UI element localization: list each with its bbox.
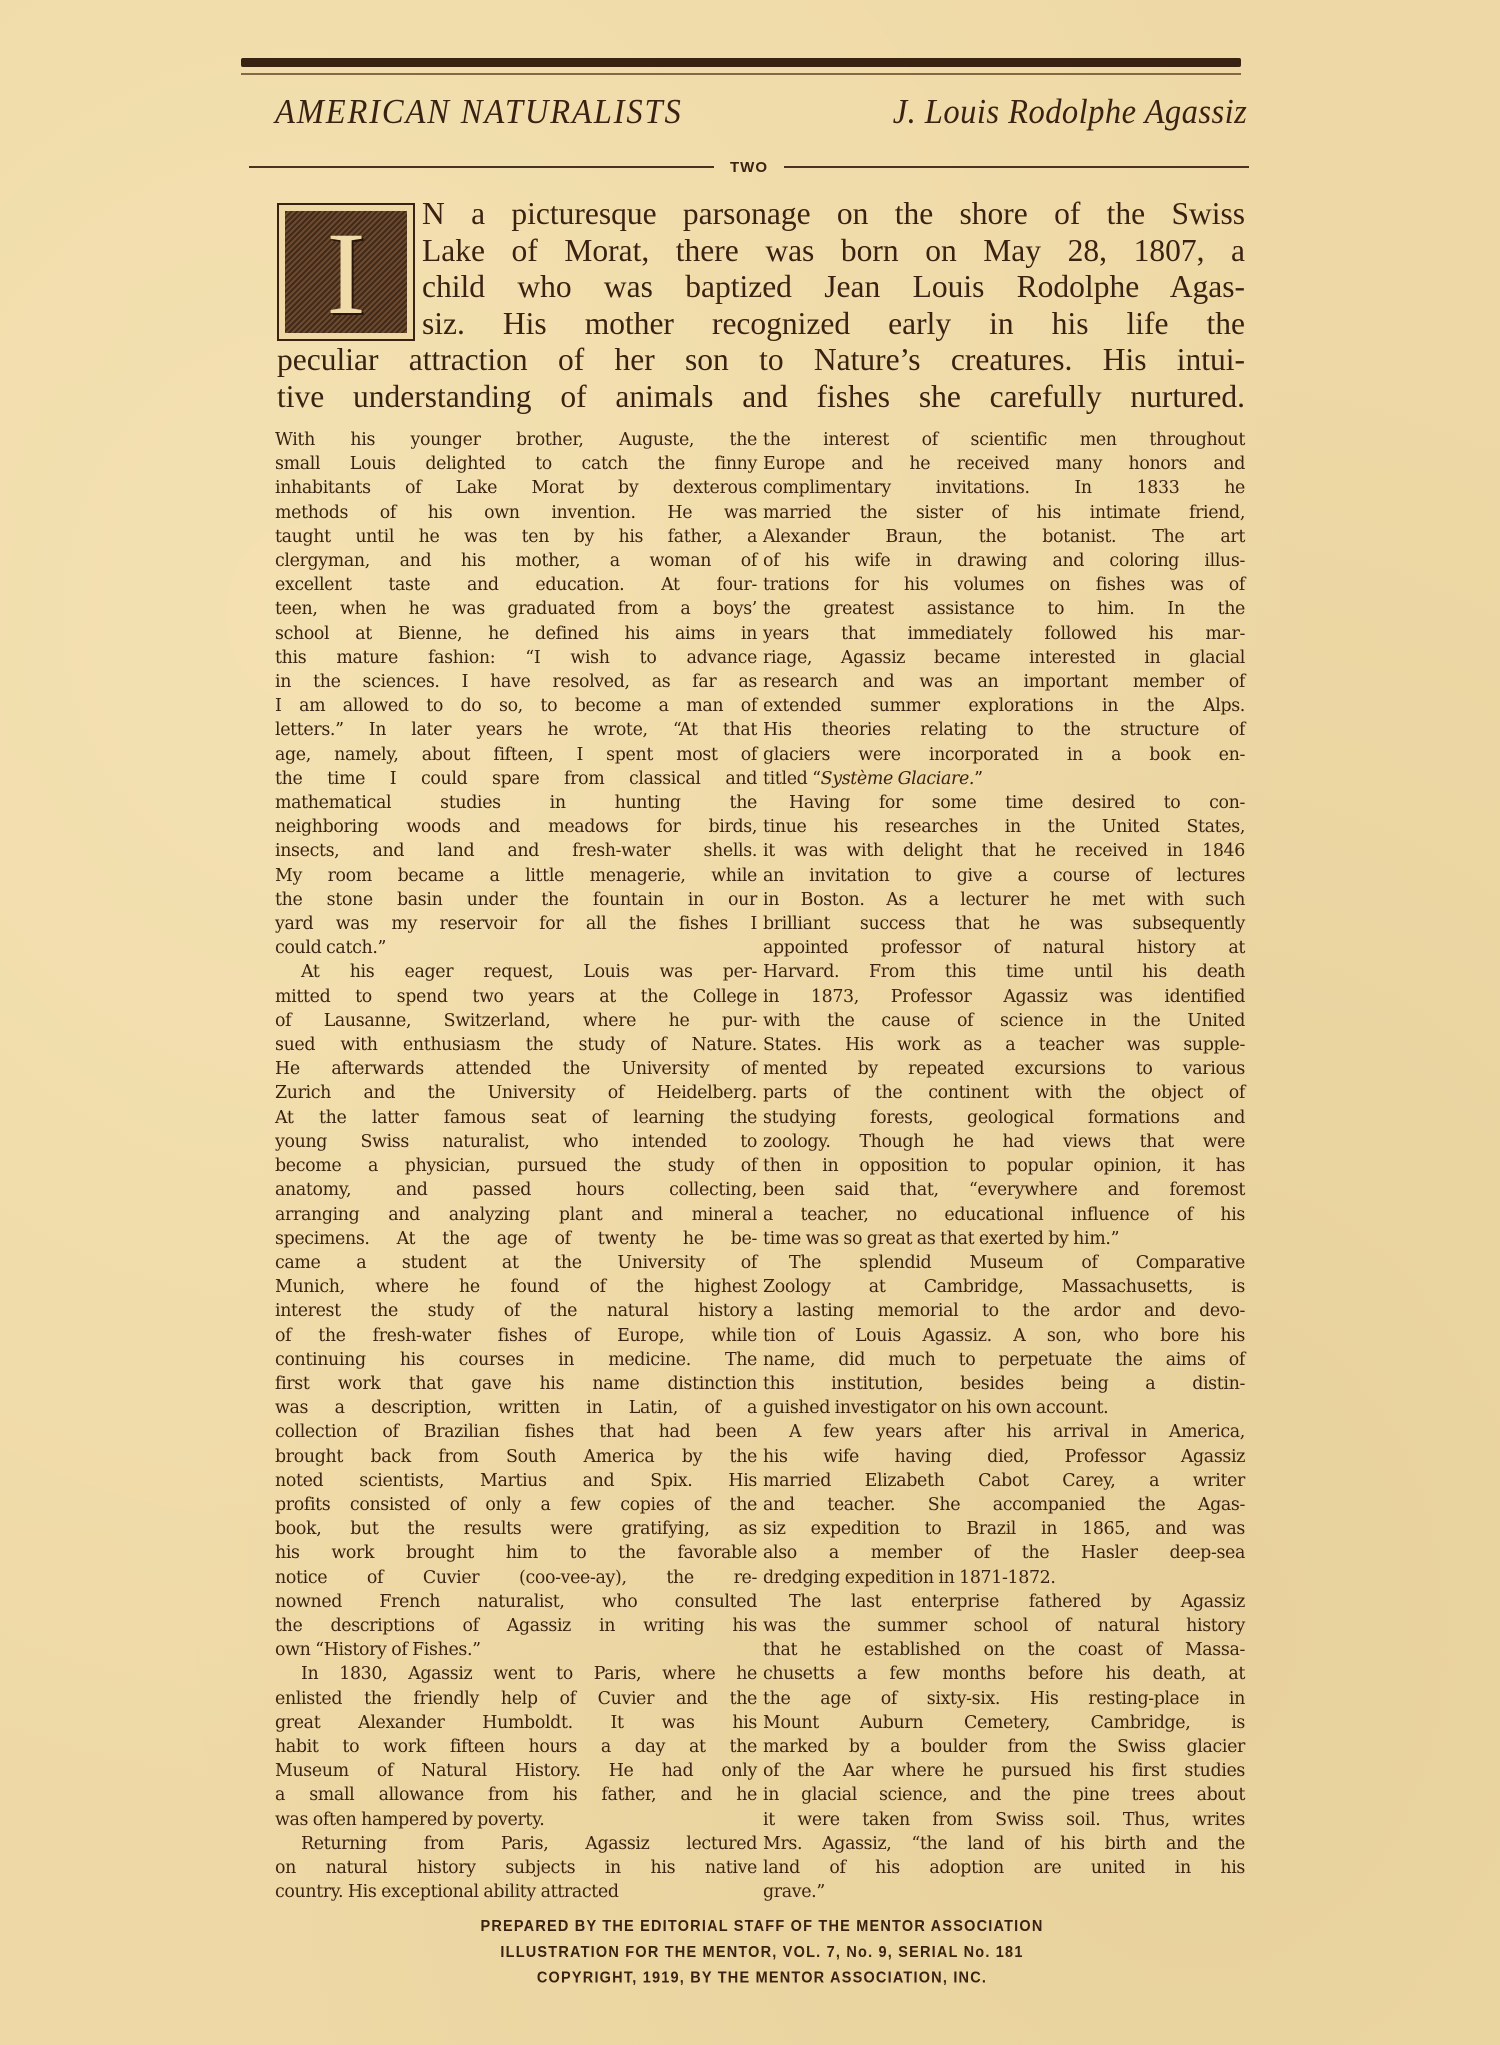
text-line: an invitation to give a course of lectur… (763, 864, 1245, 888)
text-line: brilliant success that he was subsequent… (763, 912, 1245, 936)
text-line: and teacher. She accompanied the Agas- (763, 1493, 1245, 1517)
text-line: grave.” (763, 1880, 1245, 1904)
book-title: Système Glaciare. (821, 769, 974, 789)
text-line: also a member of the Hasler deep-sea (763, 1541, 1245, 1565)
text-line: land of his adoption are united in his (763, 1856, 1245, 1880)
text-line: nowned French naturalist, who consulted (275, 1590, 757, 1614)
text-line: trations for his volumes on fishes was o… (763, 573, 1245, 597)
text-line: of Lausanne, Switzerland, where he pur- (275, 1009, 757, 1033)
text-line: insects, and land and fresh-water shells… (275, 839, 757, 863)
text-line: glaciers were incorporated in a book en- (763, 743, 1245, 767)
text-line: first work that gave his name distinctio… (275, 1372, 757, 1396)
text-line: name, did much to perpetuate the aims of (763, 1348, 1245, 1372)
text-line: At the latter famous seat of learning th… (275, 1106, 757, 1130)
text-line: great Alexander Humboldt. It was his (275, 1711, 757, 1735)
text-line: his wife having died, Professor Agassiz (763, 1445, 1245, 1469)
text-line: small Louis delighted to catch the finny (275, 452, 757, 476)
text-line: Mrs. Agassiz, “the land of his birth and… (763, 1832, 1245, 1856)
text-line: riage, Agassiz became interested in glac… (763, 646, 1245, 670)
text-line: book, but the results were gratifying, a… (275, 1517, 757, 1541)
text-line: in 1873, Professor Agassiz was identifie… (763, 985, 1245, 1009)
text-line: yard was my reservoir for all the fishes… (275, 912, 757, 936)
text-line: Europe and he received many honors and (763, 452, 1245, 476)
text-line: the descriptions of Agassiz in writing h… (275, 1614, 757, 1638)
text-line: continuing his courses in medicine. The (275, 1348, 757, 1372)
footer-illustration-ref: ILLUSTRATION FOR THE MENTOR, VOL. 7, No.… (277, 1940, 1247, 1966)
text-line: teen, when he was graduated from a boys’ (275, 597, 757, 621)
text-line: Returning from Paris, Agassiz lectured (275, 1832, 757, 1856)
intro-paragraph: N a picturesque parsonage on the shore o… (277, 196, 1245, 415)
footer-prepared-by: PREPARED BY THE EDITORIAL STAFF OF THE M… (277, 1914, 1247, 1940)
text-line: tinue his researches in the United State… (763, 815, 1245, 839)
text-line: in Boston. As a lecturer he met with suc… (763, 888, 1245, 912)
text-line: interest the study of the natural histor… (275, 1299, 757, 1323)
text-line: clergyman, and his mother, a woman of (275, 549, 757, 573)
text-line: collection of Brazilian fishes that had … (275, 1420, 757, 1444)
text-line: sued with enthusiasm the study of Nature… (275, 1033, 757, 1057)
text-line: the time I could spare from classical an… (275, 767, 757, 791)
text-line: age, namely, about fifteen, I spent most… (275, 743, 757, 767)
text-line: that he established on the coast of Mass… (763, 1638, 1245, 1662)
text-line: was often hampered by poverty. (275, 1808, 757, 1832)
text-line: complimentary invitations. In 1833 he (763, 476, 1245, 500)
text-line: the age of sixty-six. His resting-place … (763, 1687, 1245, 1711)
text-line: of his wife in drawing and coloring illu… (763, 549, 1245, 573)
text-line: He afterwards attended the University of (275, 1057, 757, 1081)
footer-credits: PREPARED BY THE EDITORIAL STAFF OF THE M… (277, 1914, 1247, 1991)
text-line: Mount Auburn Cemetery, Cambridge, is (763, 1711, 1245, 1735)
text-line: studying forests, geological formations … (763, 1106, 1245, 1130)
text-line: titled “Système Glaciare.” (763, 767, 1245, 791)
text-line: extended summer explorations in the Alps… (763, 694, 1245, 718)
intro-line: child who was baptized Jean Louis Rodolp… (277, 269, 1245, 306)
text-line: country. His exceptional ability attract… (275, 1880, 757, 1904)
body-columns: With his younger brother, Auguste, thesm… (275, 428, 1245, 1904)
text-line: a lasting memorial to the ardor and devo… (763, 1299, 1245, 1323)
text-line: of the fresh-water fishes of Europe, whi… (275, 1324, 757, 1348)
text-line: in the sciences. I have resolved, as far… (275, 670, 757, 694)
text-line: Zoology at Cambridge, Massachusetts, is (763, 1275, 1245, 1299)
text-line: years that immediately followed his mar- (763, 622, 1245, 646)
text-line: in glacial science, and the pine trees a… (763, 1783, 1245, 1807)
text-line: with the cause of science in the United (763, 1009, 1245, 1033)
text-line: neighboring woods and meadows for birds, (275, 815, 757, 839)
right-column: the interest of scientific men throughou… (763, 428, 1245, 1904)
text-line: profits consisted of only a few copies o… (275, 1493, 757, 1517)
text-line: enlisted the friendly help of Cuvier and… (275, 1687, 757, 1711)
intro-line: tive understanding of animals and fishes… (277, 379, 1245, 416)
text-line: on natural history subjects in his nativ… (275, 1856, 757, 1880)
text-line: inhabitants of Lake Morat by dexterous (275, 476, 757, 500)
text-line: young Swiss naturalist, who intended to (275, 1130, 757, 1154)
text-line: notice of Cuvier (coo-vee-ay), the re- (275, 1566, 757, 1590)
text-line: zoology. Though he had views that were (763, 1130, 1245, 1154)
text-fragment: titled “ (763, 769, 821, 789)
text-line: married Elizabeth Cabot Carey, a writer (763, 1469, 1245, 1493)
text-line: chusetts a few months before his death, … (763, 1662, 1245, 1686)
text-line: States. His work as a teacher was supple… (763, 1033, 1245, 1057)
text-line: came a student at the University of (275, 1251, 757, 1275)
text-line: arranging and analyzing plant and minera… (275, 1203, 757, 1227)
text-line: brought back from South America by the (275, 1445, 757, 1469)
divider-line-left (249, 166, 714, 168)
text-line: school at Bienne, he defined his aims in (275, 622, 757, 646)
left-column: With his younger brother, Auguste, thesm… (275, 428, 757, 1904)
divider-line-right (784, 166, 1249, 168)
text-line: a teacher, no educational influence of h… (763, 1203, 1245, 1227)
text-line: it were taken from Swiss soil. Thus, wri… (763, 1808, 1245, 1832)
text-line: was the summer school of natural history (763, 1614, 1245, 1638)
text-line: guished investigator on his own account. (763, 1396, 1245, 1420)
text-line: Munich, where he found of the highest (275, 1275, 757, 1299)
text-line: then in opposition to popular opinion, i… (763, 1154, 1245, 1178)
text-line: mitted to spend two years at the College (275, 985, 757, 1009)
text-line: Having for some time desired to con- (763, 791, 1245, 815)
thin-top-rule (241, 73, 1241, 75)
text-line: marked by a boulder from the Swiss glaci… (763, 1735, 1245, 1759)
text-line: anatomy, and passed hours collecting, (275, 1178, 757, 1202)
text-line: a small allowance from his father, and h… (275, 1783, 757, 1807)
text-line: A few years after his arrival in America… (763, 1420, 1245, 1444)
text-line: the interest of scientific men throughou… (763, 428, 1245, 452)
text-line: of the Aar where he pursued his first st… (763, 1759, 1245, 1783)
text-line: habit to work fifteen hours a day at the (275, 1735, 757, 1759)
page-header: AMERICAN NATURALISTS J. Louis Rodolphe A… (275, 92, 1245, 146)
text-line: Harvard. From this time until his death (763, 960, 1245, 984)
text-line: My room became a little menagerie, while (275, 864, 757, 888)
text-line: At his eager request, Louis was per- (275, 960, 757, 984)
text-line: research and was an important member of (763, 670, 1245, 694)
text-line: Zurich and the University of Heidelberg. (275, 1081, 757, 1105)
text-line: mented by repeated excursions to various (763, 1057, 1245, 1081)
intro-line: N a picturesque parsonage on the shore o… (277, 196, 1245, 233)
text-line: this mature fashion: “I wish to advance (275, 646, 757, 670)
text-line: could catch.” (275, 936, 757, 960)
text-line: mathematical studies in hunting the (275, 791, 757, 815)
text-line: letters.” In later years he wrote, “At t… (275, 718, 757, 742)
heavy-top-rule (241, 58, 1241, 67)
text-line: methods of his own invention. He was (275, 501, 757, 525)
text-line: siz expedition to Brazil in 1865, and wa… (763, 1517, 1245, 1541)
text-line: taught until he was ten by his father, a (275, 525, 757, 549)
text-line: this institution, besides being a distin… (763, 1372, 1245, 1396)
text-line: With his younger brother, Auguste, the (275, 428, 757, 452)
section-label: TWO (714, 159, 784, 176)
text-line: become a physician, pursued the study of (275, 1154, 757, 1178)
text-line: dredging expedition in 1871-1872. (763, 1566, 1245, 1590)
text-line: Museum of Natural History. He had only (275, 1759, 757, 1783)
text-line: Alexander Braun, the botanist. The art (763, 525, 1245, 549)
text-line: tion of Louis Agassiz. A son, who bore h… (763, 1324, 1245, 1348)
series-title: AMERICAN NATURALISTS (275, 92, 683, 132)
intro-line: Lake of Morat, there was born on May 28,… (277, 233, 1245, 270)
text-line: the greatest assistance to him. In the (763, 597, 1245, 621)
text-line: time was so great as that exerted by him… (763, 1227, 1245, 1251)
text-line: parts of the continent with the object o… (763, 1081, 1245, 1105)
text-line: it was with delight that he received in … (763, 839, 1245, 863)
text-line: The last enterprise fathered by Agassiz (763, 1590, 1245, 1614)
text-line: appointed professor of natural history a… (763, 936, 1245, 960)
section-divider: TWO (249, 156, 1249, 178)
intro-line: peculiar attraction of her son to Nature… (277, 342, 1245, 379)
text-line: specimens. At the age of twenty he be- (275, 1227, 757, 1251)
intro-line: siz. His mother recognized early in his … (277, 306, 1245, 343)
text-line: his work brought him to the favorable (275, 1541, 757, 1565)
text-line: been said that, “everywhere and foremost (763, 1178, 1245, 1202)
text-line: noted scientists, Martius and Spix. His (275, 1469, 757, 1493)
closing-quote: ” (974, 769, 983, 789)
text-line: I am allowed to do so, to become a man o… (275, 694, 757, 718)
text-line: excellent taste and education. At four- (275, 573, 757, 597)
text-line: own “History of Fishes.” (275, 1638, 757, 1662)
text-line: the stone basin under the fountain in ou… (275, 888, 757, 912)
footer-copyright: COPYRIGHT, 1919, BY THE MENTOR ASSOCIATI… (277, 1966, 1247, 1992)
text-line: In 1830, Agassiz went to Paris, where he (275, 1662, 757, 1686)
text-line: The splendid Museum of Comparative (763, 1251, 1245, 1275)
text-line: was a description, written in Latin, of … (275, 1396, 757, 1420)
text-line: married the sister of his intimate frien… (763, 501, 1245, 525)
text-line: His theories relating to the structure o… (763, 718, 1245, 742)
subject-name: J. Louis Rodolphe Agassiz (892, 92, 1247, 132)
